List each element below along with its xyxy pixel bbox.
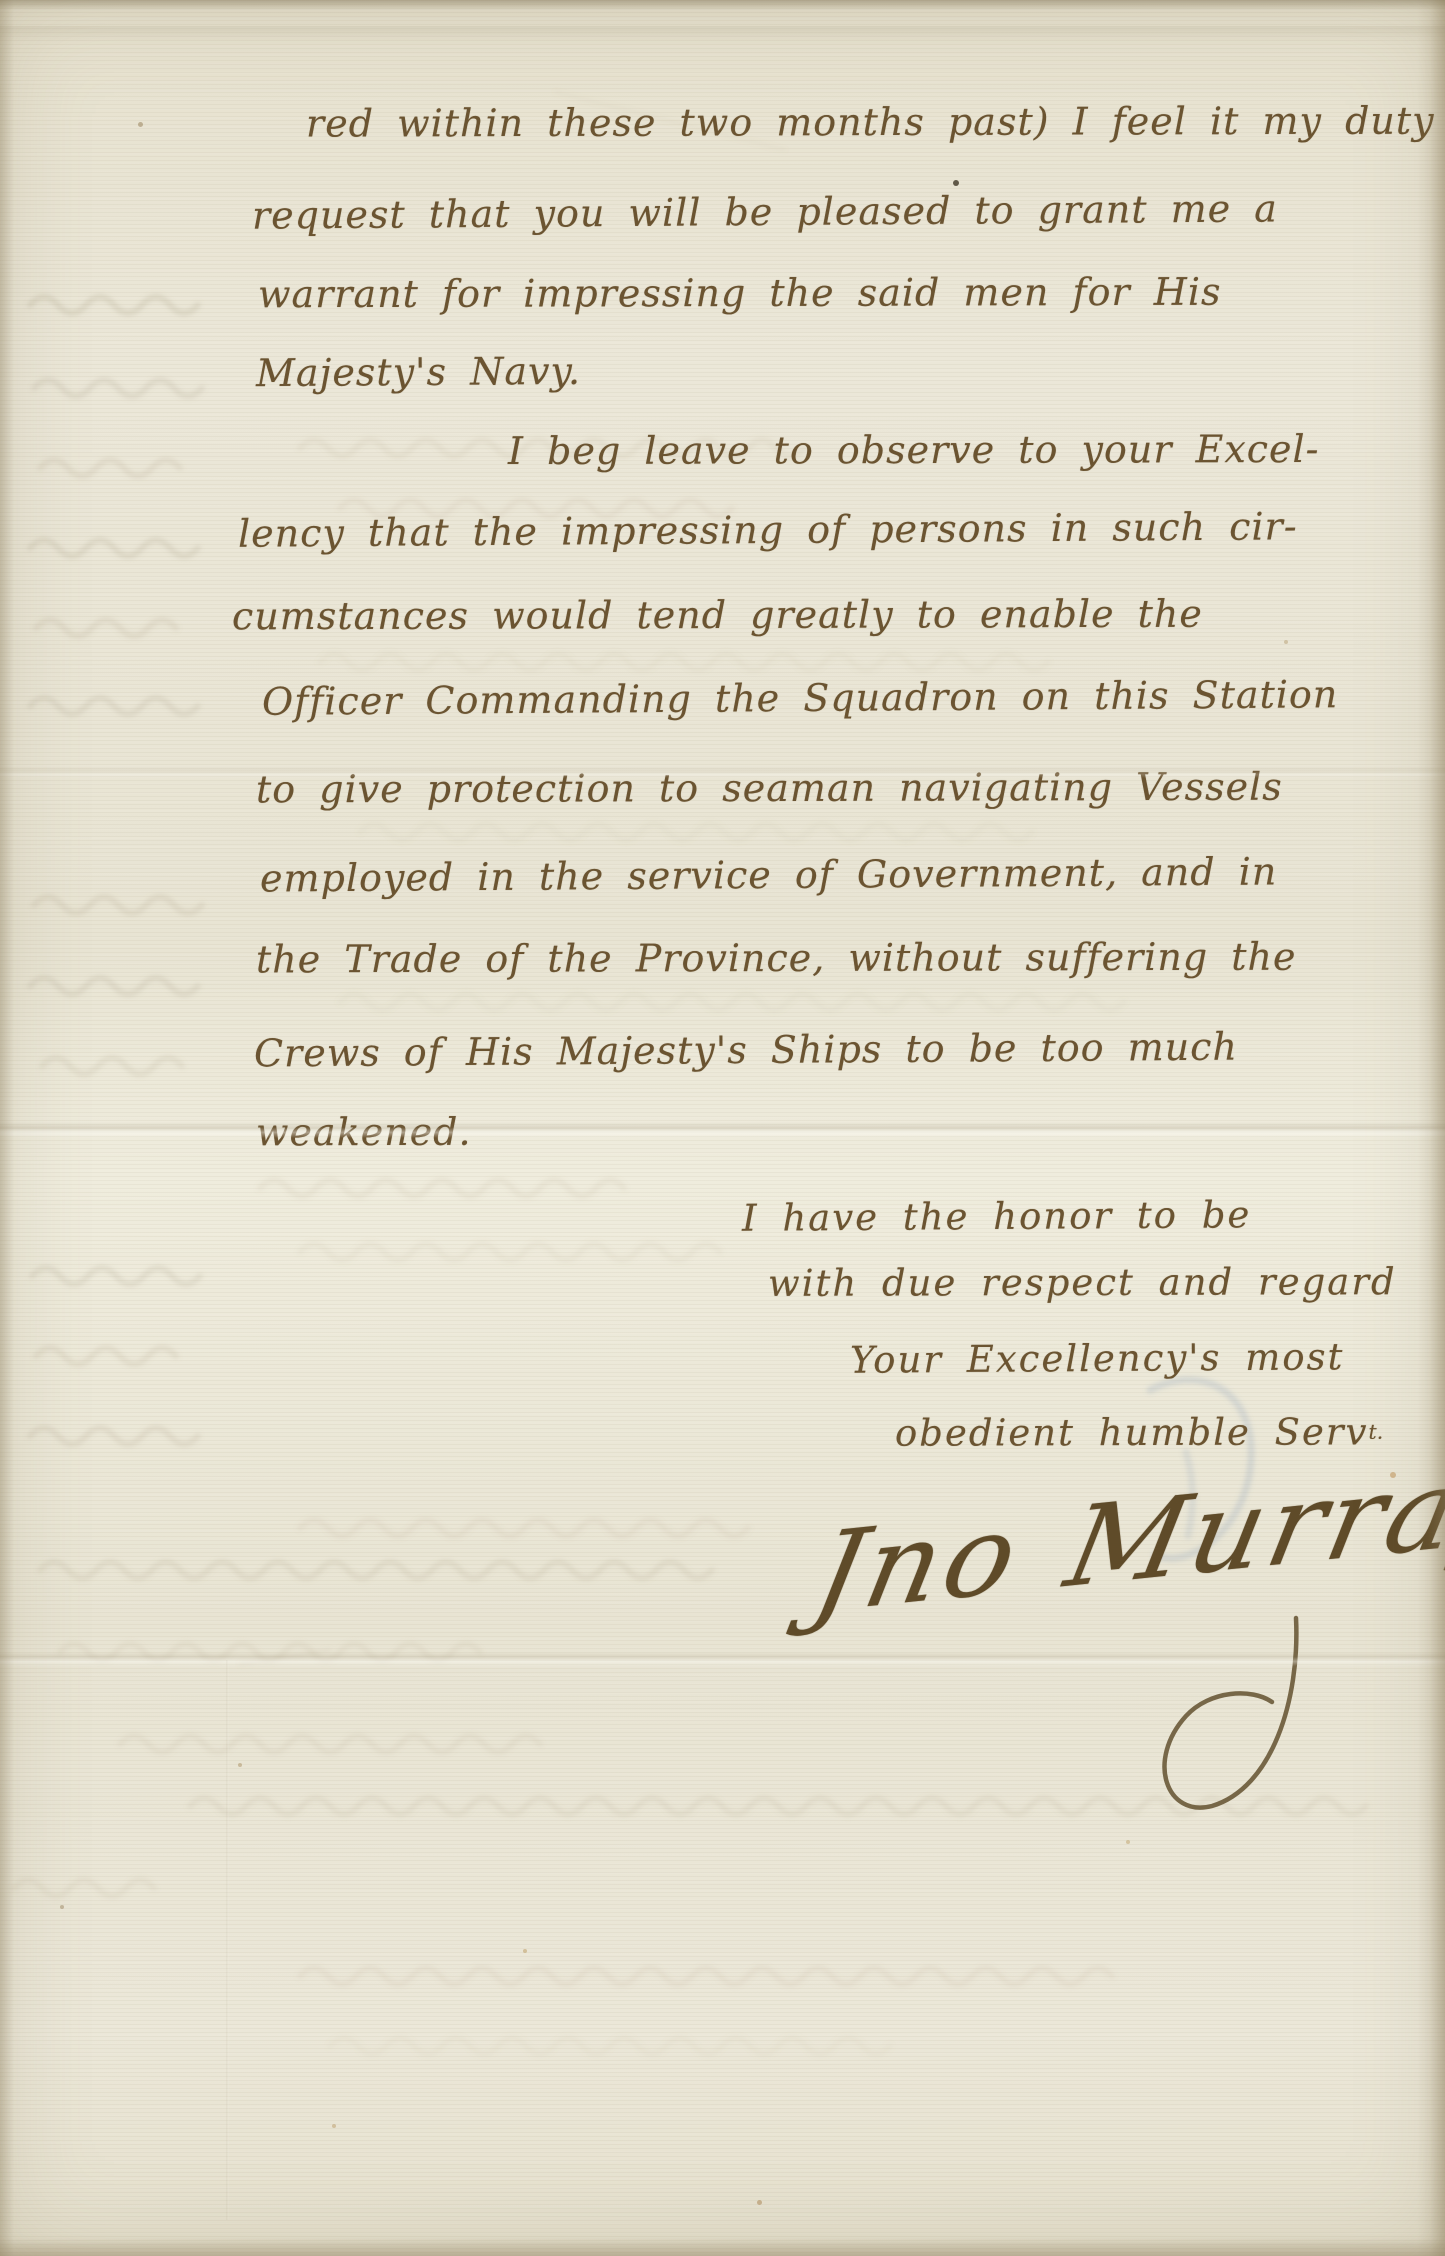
letter-page: red within these two months past) I feel… (0, 0, 1445, 2256)
body-line: the Trade of the Province, without suffe… (256, 938, 1297, 979)
closing-superscript: t. (1368, 1420, 1383, 1444)
foxing-spot (138, 122, 143, 127)
body-line: to give protection to seaman navigating … (256, 768, 1283, 809)
paper-edge-bottom (0, 2238, 1445, 2256)
foxing-spot (523, 1949, 527, 1953)
body-line: request that you will be pleased to gran… (252, 189, 1278, 234)
closing-line: obedient humble Servt. (895, 1413, 1383, 1451)
foxing-spot (1284, 640, 1288, 644)
body-line: weakened. (256, 1113, 472, 1152)
ink-showthrough-layer (0, 0, 1445, 2256)
paper-vignette (0, 0, 1445, 2256)
paper-edge-top (0, 0, 1445, 10)
fold-crease-middle (0, 1122, 1445, 1138)
foxing-spot (332, 2124, 336, 2128)
paper-edge-right (1417, 0, 1445, 2256)
closing-line: with due respect and regard (768, 1263, 1397, 1302)
paper-edge-left (0, 0, 14, 2256)
foxing-spot (757, 2200, 762, 2205)
foxing-spot (1126, 1840, 1130, 1844)
body-line: cumstances would tend greatly to enable … (232, 595, 1203, 636)
body-line: red within these two months past) I feel… (306, 101, 1445, 142)
body-line: Crews of His Majesty's Ships to be too m… (254, 1028, 1238, 1073)
body-line: employed in the service of Government, a… (260, 852, 1278, 897)
closing-line: I have the honor to be (742, 1196, 1252, 1237)
fold-crease-vertical (226, 1660, 229, 2220)
body-line: I beg leave to observe to your Excel- (508, 430, 1320, 470)
ink-speck (953, 180, 959, 186)
closing-line-text: obedient humble Serv (895, 1410, 1369, 1454)
signature-flourish (0, 0, 1445, 2256)
foxing-spot (238, 1763, 242, 1767)
signature: Jno Murray (806, 1446, 1445, 1630)
body-line: Majesty's Navy. (256, 352, 581, 392)
fold-crease-lower (0, 1652, 1445, 1666)
paper-top-crease (0, 26, 1445, 42)
body-line: lency that the impressing of persons in … (238, 507, 1298, 552)
body-line: Officer Commanding the Squadron on this … (262, 675, 1339, 721)
foxing-spot (60, 1905, 64, 1909)
closing-line: Your Excellency's most (850, 1338, 1345, 1378)
body-line: warrant for impressing the said men for … (258, 273, 1222, 314)
